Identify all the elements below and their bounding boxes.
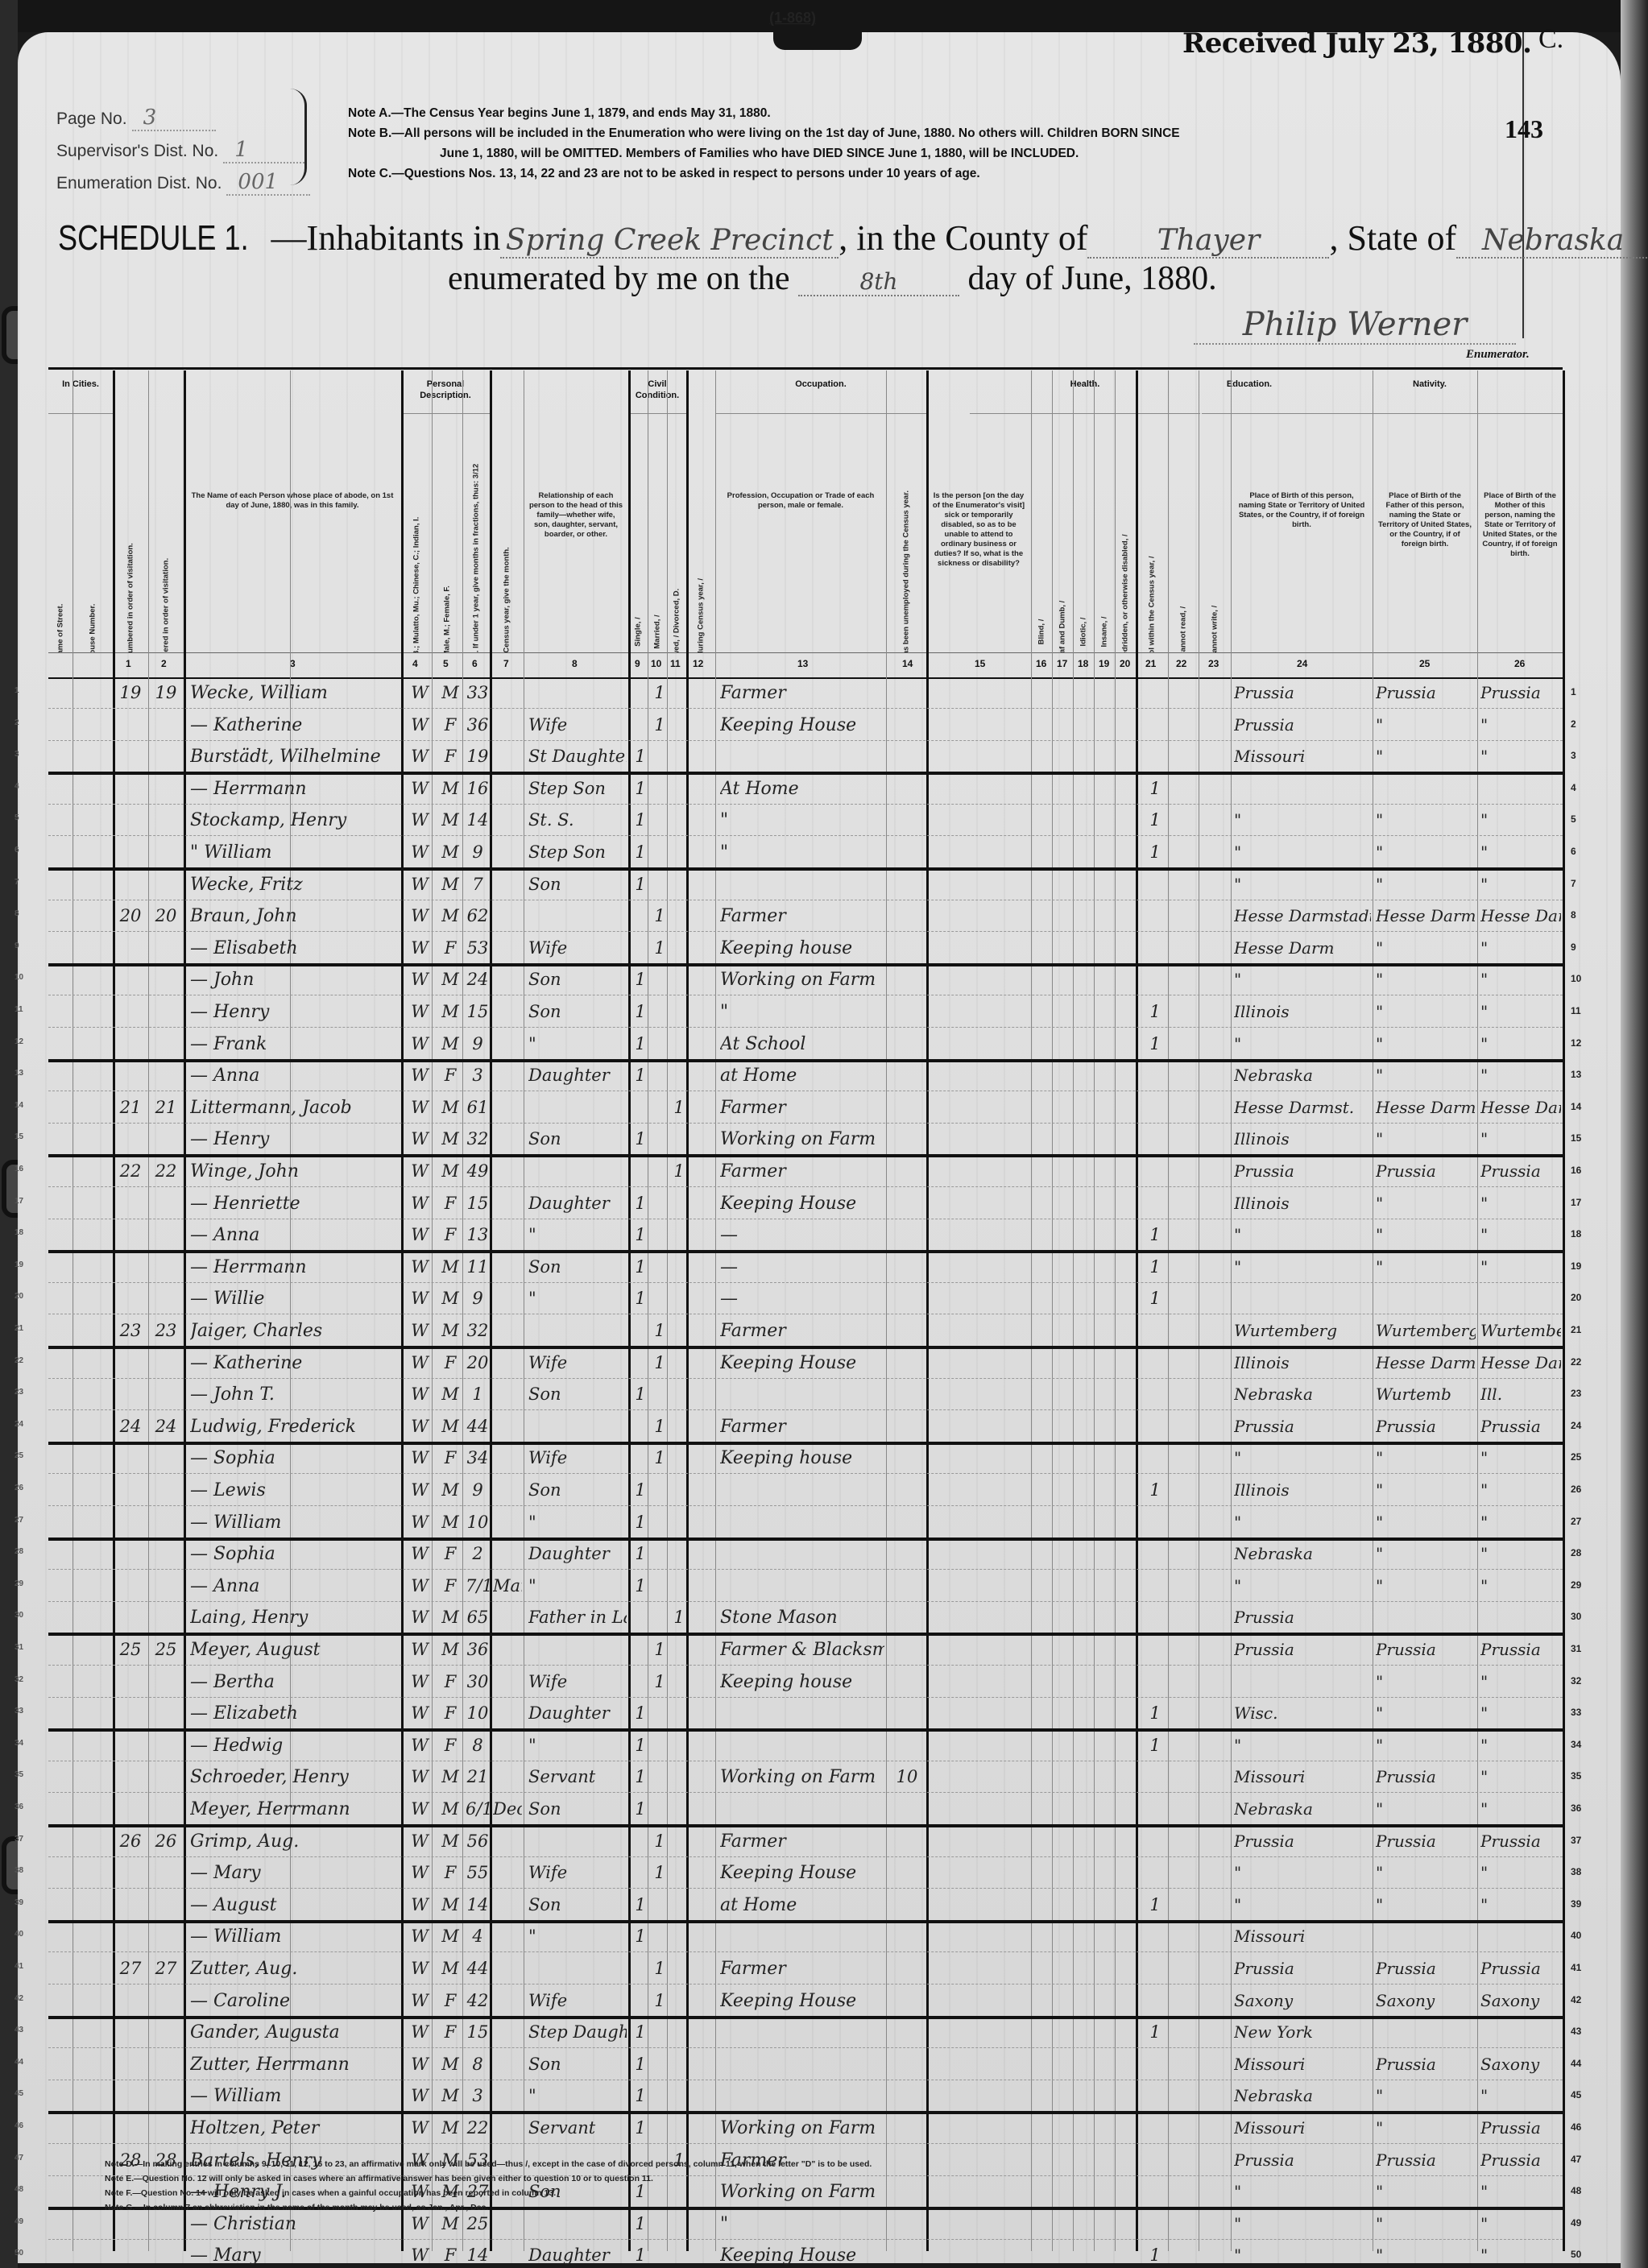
cell-birthplace: Missouri [1234, 2118, 1371, 2138]
line-number-right: 28 [1571, 1547, 1581, 1558]
line-number-left: 11 [14, 1005, 23, 1014]
cell-birthplace: Nebraska [1234, 1544, 1371, 1563]
cell-mother-birthplace: " [1480, 1257, 1561, 1277]
line-number-right: 44 [1571, 2058, 1581, 2069]
col-birth-month: If born within the Census year, give the… [490, 370, 524, 652]
cell-single-mark: 1 [633, 2055, 648, 2074]
col-relationship: Relationship of each person to the head … [524, 370, 631, 652]
cell-attended-school: 1 [1144, 810, 1166, 830]
table-row: 33— ElizabethWF10Daughter11Wisc.""33 [48, 1697, 1563, 1732]
line-number-left: 14 [14, 1101, 23, 1110]
cell-sex: M [438, 1959, 462, 1978]
cell-color: W [408, 1863, 432, 1882]
cell-father-birthplace: Prussia [1376, 1831, 1476, 1851]
cell-mother-birthplace: " [1480, 970, 1561, 989]
place-field: Spring Creek Precinct [500, 224, 838, 259]
cell-color: W [408, 683, 432, 702]
cell-sex: F [438, 1672, 462, 1691]
table-row: 27— WilliamWM10"1"""27 [48, 1506, 1563, 1541]
cell-attended-school: 1 [1144, 1736, 1166, 1755]
cell-mother-birthplace: " [1480, 1799, 1561, 1819]
cell-age: 8 [466, 2055, 490, 2074]
line-number-right: 46 [1571, 2121, 1581, 2133]
cell-father-birthplace: " [1376, 1895, 1476, 1914]
line-number-left: 34 [14, 1739, 23, 1748]
cell-color: W [408, 715, 432, 735]
cell-sex: M [438, 1513, 462, 1532]
cell-relationship: " [528, 1927, 627, 1946]
cell-occupation: Working on Farm [720, 970, 884, 990]
cell-age: 24 [466, 970, 490, 989]
cell-sex: F [438, 1863, 462, 1882]
cell-age: 14 [466, 1895, 490, 1914]
cell-occupation: Farmer & Blacksmith [720, 1640, 884, 1660]
cell-family-number: 20 [150, 906, 182, 925]
line-number-left: 21 [14, 1324, 23, 1333]
page-edge-shadow [1621, 0, 1648, 2268]
cell-person-name: — Mary [190, 2245, 400, 2266]
cell-birthplace: Missouri [1234, 2055, 1371, 2074]
line-number-left: 20 [14, 1292, 23, 1301]
cell-birthplace: Illinois [1234, 1002, 1371, 1021]
cell-birthplace: Missouri [1234, 1927, 1371, 1946]
cell-color: W [408, 1417, 432, 1436]
cell-person-name: — Hedwig [190, 1736, 400, 1756]
cell-married-mark: 1 [652, 1959, 667, 1978]
cell-person-name: Meyer, August [190, 1640, 400, 1660]
col-widowed: Widowed, / Divorced, D. [667, 370, 689, 652]
note-g: Note G.—In column 7 an abbreviation in t… [105, 2200, 872, 2215]
cell-father-birthplace: " [1376, 1066, 1476, 1085]
cell-mother-birthplace: Wurtemberg [1480, 1321, 1561, 1340]
corner-letter: C. [1538, 24, 1563, 55]
cell-person-name: Grimp, Aug. [190, 1831, 400, 1852]
cell-relationship: Son [528, 1002, 627, 1021]
table-row: 29— AnnaWF7/12Mar"1"""29 [48, 1570, 1563, 1602]
county-field: Thayer [1087, 224, 1329, 259]
cell-occupation: Keeping House [720, 1863, 884, 1883]
cell-single-mark: 1 [633, 1895, 648, 1914]
cell-relationship: Daughter [528, 1544, 627, 1563]
cell-relationship: Son [528, 1129, 627, 1148]
colnum: 5 [443, 658, 449, 669]
cell-age: 30 [466, 1672, 490, 1691]
line-number-right: 21 [1571, 1324, 1581, 1335]
cell-age: 7 [466, 875, 490, 894]
col-insane: Insane, / [1094, 370, 1116, 652]
cell-relationship: Son [528, 1895, 627, 1914]
cell-person-name: — Henriette [190, 1194, 400, 1214]
cell-occupation: Keeping House [720, 1991, 884, 2011]
cell-color: W [408, 2086, 432, 2105]
cell-age: 3 [466, 1066, 490, 1085]
cell-age: 15 [466, 1194, 490, 1213]
cell-relationship: Son [528, 1384, 627, 1404]
cell-person-name: Zutter, Aug. [190, 1959, 400, 1979]
cell-father-birthplace: " [1376, 1703, 1476, 1723]
cell-mother-birthplace: " [1480, 938, 1561, 958]
cell-age: 65 [466, 1608, 490, 1627]
cell-father-birthplace: " [1376, 2214, 1476, 2233]
col-color: Color—White, W.; Black, B.; Mulatto, Mu.… [401, 370, 433, 652]
cell-birthplace: " [1234, 2214, 1371, 2233]
cell-age: 4 [466, 1927, 490, 1946]
cell-age: 15 [466, 2022, 490, 2042]
cell-age: 9 [466, 842, 490, 862]
cell-color: W [408, 1927, 432, 1946]
cell-father-birthplace: Wurtemb [1376, 1384, 1476, 1404]
cell-occupation: Farmer [720, 1161, 884, 1182]
cell-relationship: Daughter [528, 1066, 627, 1085]
cell-color: W [408, 938, 432, 958]
cell-father-birthplace: " [1376, 1194, 1476, 1213]
cell-dwelling-number: 20 [114, 906, 147, 925]
colnum: 24 [1297, 658, 1307, 669]
enumerated-line: enumerated by me on the 8th day of June,… [448, 259, 1217, 298]
cell-color: W [408, 1608, 432, 1627]
cell-color: W [408, 875, 432, 894]
cell-person-name: Winge, John [190, 1161, 400, 1182]
cell-person-name: — John T. [190, 1384, 400, 1405]
cell-occupation: — [720, 1289, 884, 1309]
table-row: 46Holtzen, PeterWM22Servant1Working on F… [48, 2112, 1563, 2144]
col-school: Attended school within the Census year, … [1136, 370, 1169, 652]
line-number-right: 26 [1571, 1484, 1581, 1495]
cell-single-mark: 1 [633, 1194, 648, 1213]
cell-relationship: St Daughter [528, 747, 627, 766]
cell-age: 3 [466, 2086, 490, 2105]
line-number-right: 29 [1571, 1579, 1581, 1591]
cell-color: W [408, 1672, 432, 1691]
table-top-rule [48, 367, 1563, 370]
cell-father-birthplace: Wurtemberg [1376, 1321, 1476, 1340]
line-number-left: 45 [14, 2089, 23, 2098]
line-number-right: 49 [1571, 2217, 1581, 2229]
col-name: The Name of each Person whose place of a… [184, 370, 404, 652]
line-number-left: 47 [14, 2154, 23, 2162]
cell-occupation: Keeping House [720, 1353, 884, 1373]
enumerated-label: enumerated by me on the [448, 259, 790, 298]
cell-occupation: Farmer [720, 1959, 884, 1979]
table-row: 35Schroeder, HenryWM21Servant1Working on… [48, 1761, 1563, 1793]
cell-sex: F [438, 715, 462, 735]
cell-age: 16 [466, 779, 490, 798]
cell-occupation: at Home [720, 1895, 884, 1915]
cell-mother-birthplace: " [1480, 1513, 1561, 1532]
cell-age: 6/12 [466, 1799, 490, 1819]
day-field: 8th [798, 268, 959, 296]
cell-dwelling-number: 21 [114, 1098, 147, 1117]
cell-father-birthplace: " [1376, 2086, 1476, 2105]
cell-person-name: Stockamp, Henry [190, 810, 400, 830]
cell-color: W [408, 747, 432, 766]
table-row: 82020Braun, JohnWM621FarmerHesse Darmsta… [48, 900, 1563, 932]
line-number-right: 10 [1571, 973, 1581, 984]
note-c: Note C.—Questions Nos. 13, 14, 22 and 23… [348, 163, 1180, 184]
cell-mother-birthplace: Prussia [1480, 1831, 1561, 1851]
cell-single-mark: 1 [633, 875, 648, 894]
cell-sex: F [438, 1736, 462, 1755]
cell-person-name: — Anna [190, 1576, 400, 1596]
col-sickness: Is the person [on the day of the Enumera… [926, 370, 1032, 652]
cell-birthplace: Nebraska [1234, 2086, 1371, 2105]
table-row: 42— CarolineWF42Wife1Keeping HouseSaxony… [48, 1984, 1563, 2019]
cell-mother-birthplace: Prussia [1480, 1161, 1561, 1181]
cell-sex: F [438, 1991, 462, 2010]
cell-age: 14 [466, 810, 490, 830]
cell-age: 9 [466, 1480, 490, 1500]
cell-father-birthplace: " [1376, 1513, 1476, 1532]
cell-relationship: Son [528, 1799, 627, 1819]
cell-age: 44 [466, 1959, 490, 1978]
colnum: 11 [670, 658, 681, 669]
cell-mother-birthplace: " [1480, 1034, 1561, 1053]
cell-dwelling-number: 25 [114, 1640, 147, 1659]
cell-single-mark: 1 [633, 1480, 648, 1500]
col-occupation: Profession, Occupation or Trade of each … [715, 370, 887, 652]
cell-attended-school: 1 [1144, 1895, 1166, 1914]
line-number-left: 8 [14, 909, 19, 918]
cell-birthplace: " [1234, 1895, 1371, 1914]
cell-mother-birthplace: " [1480, 2086, 1561, 2105]
cell-sex: M [438, 1129, 462, 1148]
state-field: Nebraska [1456, 224, 1648, 259]
cell-father-birthplace: " [1376, 715, 1476, 735]
col-mother-birthplace: Place of Birth of the Mother of this per… [1477, 370, 1563, 652]
cell-color: W [408, 2245, 432, 2265]
cell-person-name: Wecke, William [190, 683, 400, 703]
line-number-right: 45 [1571, 2089, 1581, 2100]
cell-married-mark: 1 [652, 1321, 667, 1340]
line-number-right: 15 [1571, 1132, 1581, 1144]
cell-person-name: " William [190, 842, 400, 863]
cell-mother-birthplace: " [1480, 1129, 1561, 1148]
cell-single-mark: 1 [633, 1002, 648, 1021]
cell-age: 8 [466, 1736, 490, 1755]
table-row: 2— KatherineWF36Wife1Keeping HousePrussi… [48, 709, 1563, 741]
cell-father-birthplace: " [1376, 1736, 1476, 1755]
cell-sex: M [438, 1480, 462, 1500]
cell-age: 11 [466, 1257, 490, 1277]
line-number-left: 17 [14, 1197, 23, 1206]
colnum: 3 [290, 658, 296, 669]
line-number-right: 50 [1571, 2249, 1581, 2260]
cell-married-mark: 1 [652, 1991, 667, 2010]
cell-birth-month: Mar [493, 1576, 522, 1595]
cell-color: W [408, 1129, 432, 1148]
cell-birthplace: " [1234, 1257, 1371, 1277]
col-dwelling: Dwelling-houses numbered in order of vis… [113, 370, 149, 652]
cell-age: 44 [466, 1417, 490, 1436]
district-info: Page No.3 Supervisor's Dist. No.1 Enumer… [56, 103, 310, 200]
cell-birthplace: Wurtemberg [1234, 1321, 1371, 1340]
cell-father-birthplace: " [1376, 1799, 1476, 1819]
colnum: 2 [161, 658, 167, 669]
table-row: 4— HerrmannWM16Step Son1At Home14 [48, 772, 1563, 805]
cell-color: W [408, 1831, 432, 1851]
cell-sex: M [438, 1895, 462, 1914]
cell-father-birthplace: Prussia [1376, 683, 1476, 702]
cell-color: W [408, 1161, 432, 1181]
cell-single-mark: 1 [633, 2086, 648, 2105]
cell-father-birthplace: Prussia [1376, 1161, 1476, 1181]
line-number-left: 2 [14, 718, 19, 727]
colnum: 8 [572, 658, 578, 669]
line-number-right: 27 [1571, 1516, 1581, 1527]
cell-single-mark: 1 [633, 2118, 648, 2138]
cell-color: W [408, 1289, 432, 1308]
line-number-left: 35 [14, 1770, 23, 1779]
cell-occupation: — [720, 1225, 884, 1245]
cell-relationship: " [528, 1736, 627, 1755]
colnum: 7 [503, 658, 509, 669]
cell-married-mark: 1 [652, 1672, 667, 1691]
cell-relationship: Step Son [528, 842, 627, 862]
cell-mother-birthplace: " [1480, 1448, 1561, 1467]
cell-single-mark: 1 [633, 1736, 648, 1755]
cell-age: 10 [466, 1703, 490, 1723]
cell-person-name: Gander, Augusta [190, 2022, 400, 2042]
line-number-right: 42 [1571, 1994, 1581, 2005]
colnum: 26 [1514, 658, 1525, 669]
cell-age: 7/12 [466, 1576, 490, 1595]
table-row: 11— HenryWM15Son1"1Illinois""11 [48, 995, 1563, 1028]
cell-color: W [408, 1034, 432, 1053]
cell-color: W [408, 1895, 432, 1914]
cell-birthplace: Nebraska [1234, 1799, 1371, 1819]
cell-sex: M [438, 1002, 462, 1021]
cell-sex: M [438, 1384, 462, 1404]
cell-mother-birthplace: Prussia [1480, 683, 1561, 702]
cell-family-number: 22 [150, 1161, 182, 1181]
colnum: 20 [1120, 658, 1130, 669]
cell-person-name: Littermann, Jacob [190, 1098, 400, 1118]
instruction-notes: Note A.—The Census Year begins June 1, 1… [348, 103, 1180, 184]
cell-single-mark: 1 [633, 747, 648, 766]
cell-birthplace: Prussia [1234, 1417, 1371, 1436]
cell-color: W [408, 1576, 432, 1595]
cell-person-name: Ludwig, Frederick [190, 1417, 400, 1437]
cell-color: W [408, 1991, 432, 2010]
table-row: 372626Grimp, Aug.WM561FarmerPrussiaPruss… [48, 1825, 1563, 1857]
col-blind: Blind, / [1031, 370, 1053, 652]
page-no-label: Page No. [56, 103, 127, 135]
cell-relationship: Step Son [528, 779, 627, 798]
line-number-left: 5 [14, 813, 19, 822]
col-sex: Sex—Male, M.; Female, F. [432, 370, 463, 652]
line-number-left: 30 [14, 1611, 23, 1620]
cell-mother-birthplace: " [1480, 1895, 1561, 1914]
table-row: 26— LewisWM9Son11Illinois""26 [48, 1474, 1563, 1506]
cell-relationship: Wife [528, 1863, 627, 1882]
cell-occupation: Keeping house [720, 1672, 884, 1692]
cell-occupation: Stone Mason [720, 1608, 884, 1628]
cell-person-name: — Anna [190, 1066, 400, 1086]
cell-father-birthplace: " [1376, 2118, 1476, 2138]
cell-relationship: Son [528, 970, 627, 989]
line-number-left: 12 [14, 1037, 23, 1046]
cell-color: W [408, 1640, 432, 1659]
cell-relationship: St. S. [528, 810, 627, 830]
cell-occupation: At School [720, 1034, 884, 1054]
cell-dwelling-number: 23 [114, 1321, 147, 1340]
line-number-left: 25 [14, 1451, 23, 1460]
cell-sex: F [438, 747, 462, 766]
cell-person-name: Burstädt, Wilhelmine [190, 747, 400, 767]
cell-age: 2 [466, 1544, 490, 1563]
cell-birthplace: Missouri [1234, 747, 1371, 766]
line-number-right: 43 [1571, 2026, 1581, 2037]
cell-married-mark: 1 [652, 683, 667, 702]
supervisor-label: Supervisor's Dist. No. [56, 135, 218, 168]
cell-age: 9 [466, 1034, 490, 1053]
cell-sex: M [438, 970, 462, 989]
cell-birthplace: Nebraska [1234, 1066, 1371, 1085]
enum-dist-label: Enumeration Dist. No. [56, 168, 222, 200]
cell-married-mark: 1 [652, 1831, 667, 1851]
cell-sex: M [438, 1257, 462, 1277]
cell-father-birthplace: Hesse Darm [1376, 906, 1476, 925]
colnum: 13 [797, 658, 808, 669]
table-row: 39— AugustWM14Son1at Home1"""39 [48, 1889, 1563, 1923]
cell-person-name: Zutter, Herrmann [190, 2055, 400, 2075]
cell-dwelling-number: 22 [114, 1161, 147, 1181]
cell-birthplace: Prussia [1234, 1640, 1371, 1659]
line-number-left: 44 [14, 2058, 23, 2067]
cell-age: 22 [466, 2118, 490, 2138]
cell-occupation: Keeping House [720, 715, 884, 735]
cell-birthplace: " [1234, 842, 1371, 862]
cell-color: W [408, 2055, 432, 2074]
cell-single-mark: 1 [633, 1384, 648, 1404]
colnum: 14 [902, 658, 913, 669]
cell-mother-birthplace: Prussia [1480, 2150, 1561, 2170]
cell-occupation: Farmer [720, 683, 884, 703]
cell-birthplace: Prussia [1234, 1959, 1371, 1978]
cell-person-name: — Henry [190, 1002, 400, 1022]
cell-father-birthplace: Prussia [1376, 2055, 1476, 2074]
cell-family-number: 26 [150, 1831, 182, 1851]
line-number-left: 16 [14, 1165, 23, 1173]
cell-age: 32 [466, 1129, 490, 1148]
cell-father-birthplace: Prussia [1376, 1767, 1476, 1786]
cell-person-name: — William [190, 1927, 400, 1947]
cell-color: W [408, 2118, 432, 2138]
cell-age: 14 [466, 2245, 490, 2265]
table-row: 12— FrankWM9"1At School1"""12 [48, 1028, 1563, 1062]
footnotes: Note D.—In making entries in columns 9, … [105, 2157, 872, 2215]
line-number-left: 49 [14, 2217, 23, 2226]
cell-mother-birthplace: " [1480, 715, 1561, 735]
line-number-right: 24 [1571, 1420, 1581, 1431]
cell-relationship: Servant [528, 1767, 627, 1786]
cell-dwelling-number: 26 [114, 1831, 147, 1851]
cell-sex: F [438, 1066, 462, 1085]
cell-occupation: " [720, 842, 884, 863]
line-number-right: 17 [1571, 1197, 1581, 1208]
cell-mother-birthplace: Prussia [1480, 1959, 1561, 1978]
table-row: 23— John T.WM1Son1NebraskaWurtembIll.23 [48, 1378, 1563, 1410]
cell-relationship: Wife [528, 1448, 627, 1467]
cell-color: W [408, 1959, 432, 1978]
cell-married-mark: 1 [652, 1448, 667, 1467]
cell-married-mark: 1 [652, 906, 667, 925]
cell-color: W [408, 1353, 432, 1372]
cell-color: W [408, 906, 432, 925]
cell-mother-birthplace: Ill. [1480, 1384, 1561, 1404]
cell-person-name: Holtzen, Peter [190, 2118, 400, 2138]
colnum: 4 [412, 658, 418, 669]
